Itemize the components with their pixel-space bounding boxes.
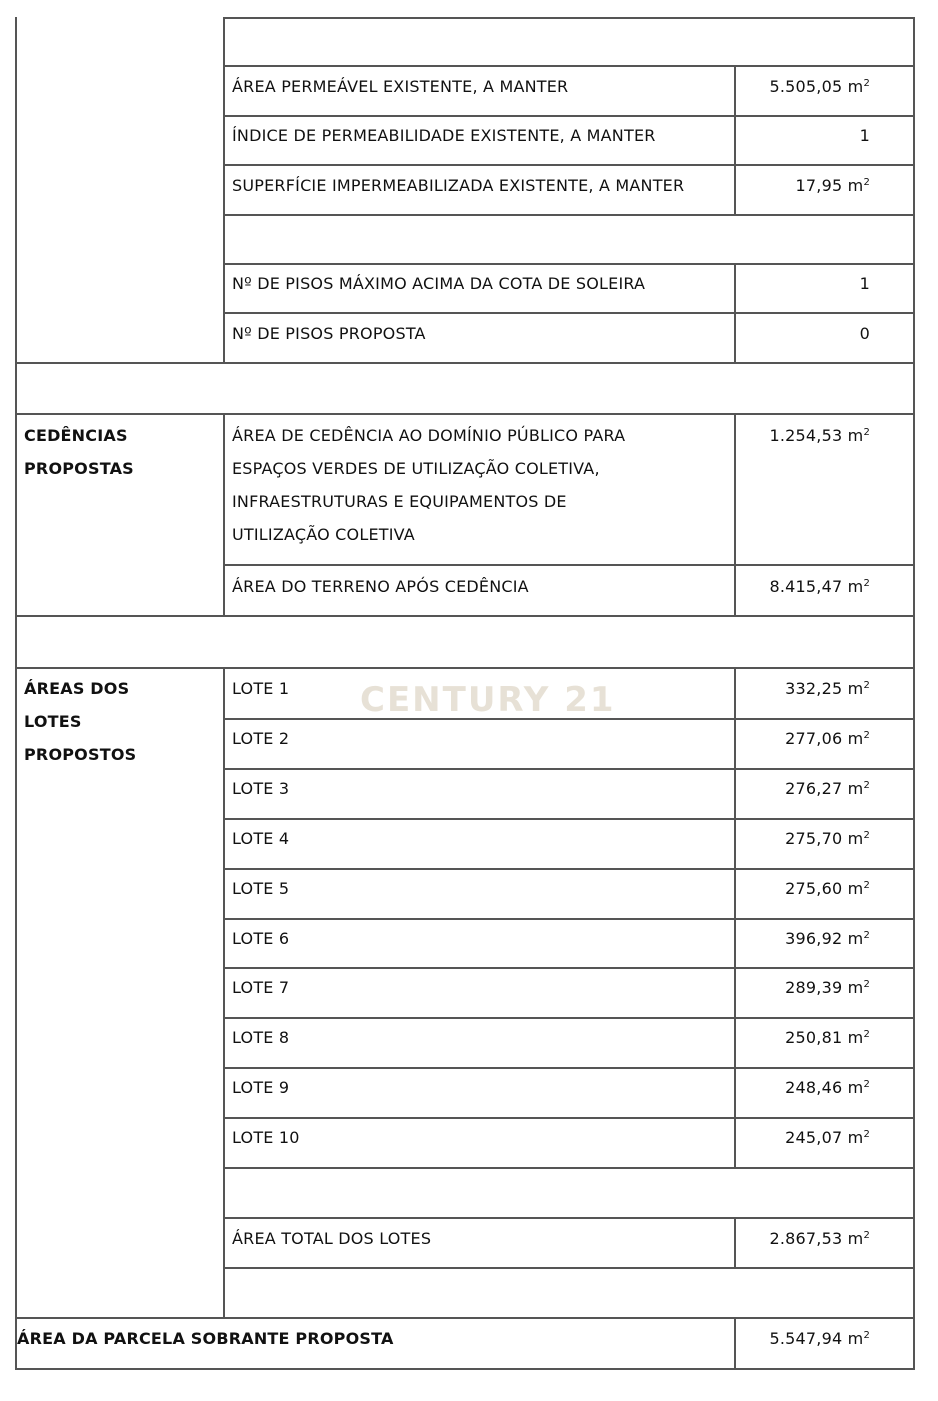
lote-label: LOTE 7 [232,971,289,1004]
table-border [15,615,915,617]
row-value: 0 [860,317,870,350]
lote-value: 277,06 m2 [785,722,870,755]
table-border [223,868,915,870]
lote-label: LOTE 4 [232,822,289,855]
lote-value: 248,46 m2 [785,1071,870,1104]
lote-value: 289,39 m2 [785,971,870,1004]
table-border [223,1167,915,1169]
row-value: 1.254,53 m2 [770,419,871,452]
century21-watermark: CENTURY 21 [360,680,616,720]
total-lotes-value: 2.867,53 m2 [770,1222,871,1255]
lote-value: 332,25 m2 [785,672,870,705]
value-column-divider [734,263,736,362]
table-border [223,1267,915,1269]
outer-left-border [15,17,17,1368]
table-border [223,1017,915,1019]
lote-label: LOTE 3 [232,772,289,805]
table-border [15,1317,915,1319]
lote-value: 275,60 m2 [785,872,870,905]
lote-value: 275,70 m2 [785,822,870,855]
group-label-cedencias: PROPOSTAS [24,452,134,485]
row-value: 5.505,05 m2 [770,70,871,103]
table-border [223,918,915,920]
table-border [223,263,915,265]
row-value: 1 [860,119,870,152]
row-label: INFRAESTRUTURAS E EQUIPAMENTOS DE [232,485,567,518]
table-border [15,362,915,364]
table-border [223,1117,915,1119]
lote-label: LOTE 9 [232,1071,289,1104]
row-label: Nº DE PISOS PROPOSTA [232,317,426,350]
lote-label: LOTE 1 [232,672,289,705]
lote-value: 396,92 m2 [785,922,870,955]
row-label: ÁREA PERMEÁVEL EXISTENTE, A MANTER [232,70,568,103]
column-divider [223,413,225,615]
table-border [223,164,915,166]
lote-label: LOTE 2 [232,722,289,755]
table-border [223,564,915,566]
group-label-lotes: ÁREAS DOS [24,672,129,705]
row-value: 8.415,47 m2 [770,570,871,603]
row-label: ÍNDICE DE PERMEABILIDADE EXISTENTE, A MA… [232,119,656,152]
sobrante-value: 5.547,94 m2 [770,1322,871,1355]
group-label-cedencias: CEDÊNCIAS [24,419,128,452]
table-border [223,1217,915,1219]
column-divider [223,17,225,362]
value-column-divider [734,1217,736,1267]
table-border [15,413,915,415]
outer-right-border [913,17,915,1368]
value-column-divider [734,667,736,1167]
value-column-divider [734,1317,736,1368]
group-label-lotes: LOTES [24,705,82,738]
table-border [223,312,915,314]
lote-value: 250,81 m2 [785,1021,870,1054]
lote-label: LOTE 5 [232,872,289,905]
table-border [223,214,915,216]
table-border [223,768,915,770]
value-column-divider [734,413,736,615]
table-border [223,818,915,820]
row-label: Nº DE PISOS MÁXIMO ACIMA DA COTA DE SOLE… [232,267,645,300]
table-border [223,115,915,117]
column-divider [223,667,225,1317]
row-label: ÁREA DE CEDÊNCIA AO DOMÍNIO PÚBLICO PARA [232,419,625,452]
lote-label: LOTE 10 [232,1121,300,1154]
lote-value: 245,07 m2 [785,1121,870,1154]
table-border [15,1368,915,1370]
table-border [223,65,915,67]
lote-label: LOTE 6 [232,922,289,955]
row-label: UTILIZAÇÃO COLETIVA [232,518,415,551]
lote-label: LOTE 8 [232,1021,289,1054]
row-value: 17,95 m2 [796,169,870,202]
row-value: 1 [860,267,870,300]
row-label: ÁREA DO TERRENO APÓS CEDÊNCIA [232,570,529,603]
table-border [223,17,915,19]
table-border [15,667,915,669]
sobrante-label: ÁREA DA PARCELA SOBRANTE PROPOSTA [17,1322,394,1355]
table-border [223,967,915,969]
row-label: ESPAÇOS VERDES DE UTILIZAÇÃO COLETIVA, [232,452,600,485]
total-lotes-label: ÁREA TOTAL DOS LOTES [232,1222,431,1255]
value-column-divider [734,65,736,214]
row-label: SUPERFÍCIE IMPERMEABILIZADA EXISTENTE, A… [232,169,684,202]
table-border [223,1067,915,1069]
group-label-lotes: PROPOSTOS [24,738,136,771]
lote-value: 276,27 m2 [785,772,870,805]
